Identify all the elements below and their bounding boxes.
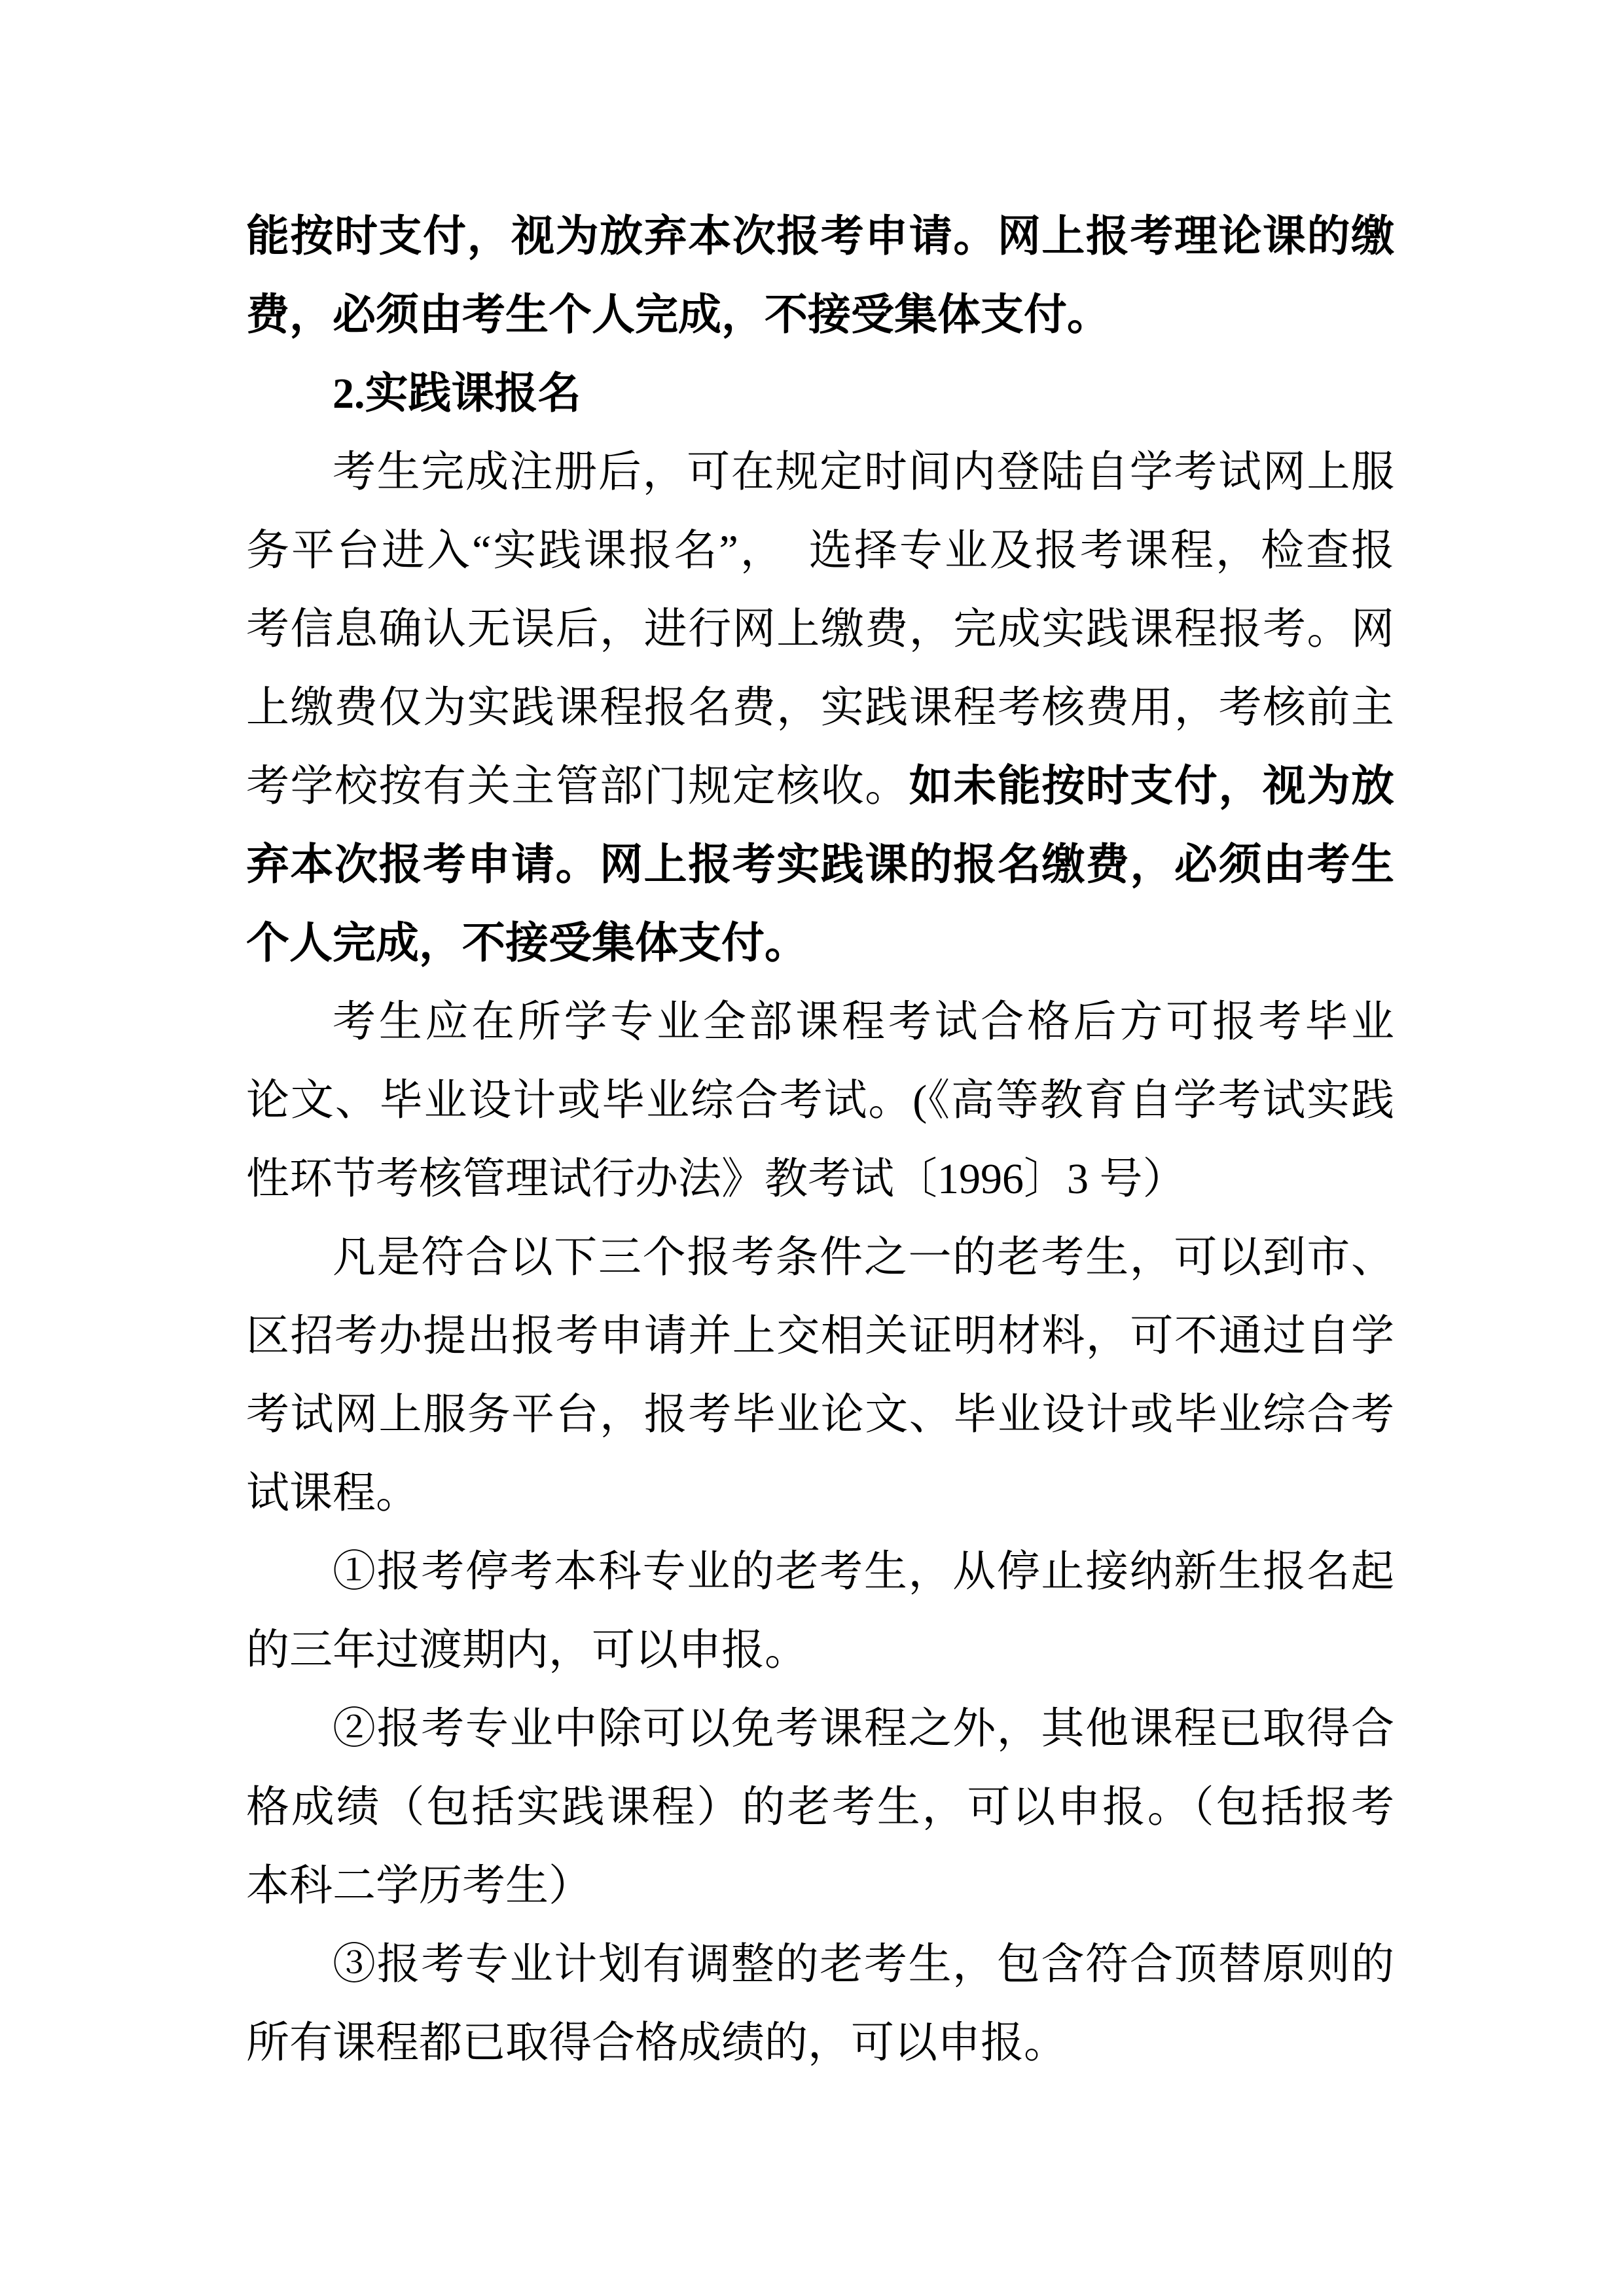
text-line: 论文、毕业设计或毕业综合考试。(《高等教育自学考试实践 [246, 1062, 1394, 1140]
list-item-1: ①报考停考本科专业的老考生，从停止接纳新生报名起 [246, 1533, 1394, 1611]
text-line: 所有课程都已取得合格成绩的，可以申报。 [246, 2004, 1394, 2083]
text-line: 上缴费仅为实践课程报名费，实践课程考核费用，考核前主 [246, 669, 1394, 747]
section-heading: 2.实践课报名 [246, 355, 1394, 433]
text-line: 本科二学历考生） [246, 1847, 1394, 1926]
text-line: 考生完成注册后，可在规定时间内登陆自学考试网上服 [246, 433, 1394, 512]
list-item-3: ③报考专业计划有调整的老考生，包含符合顶替原则的 [246, 1926, 1394, 2004]
text-line: 试课程。 [246, 1454, 1394, 1533]
text-line: 凡是符合以下三个报考条件之一的老考生，可以到市、 [246, 1219, 1394, 1297]
text-line: 能按时支付，视为放弃本次报考申请。网上报考理论课的缴 [246, 198, 1394, 276]
text-line: 费，必须由考生个人完成，不接受集体支付。 [246, 276, 1394, 355]
text-line: 考学校按有关主管部门规定核收。如未能按时支付，视为放 [246, 747, 1394, 826]
list-item-2: ②报考专业中除可以免考课程之外，其他课程已取得合 [246, 1690, 1394, 1768]
text-run-bold: 如未能按时支付，视为放 [909, 762, 1394, 810]
text-line: 区招考办提出报考申请并上交相关证明材料，可不通过自学 [246, 1297, 1394, 1376]
document-page: 能按时支付，视为放弃本次报考申请。网上报考理论课的缴 费，必须由考生个人完成，不… [0, 0, 1624, 2296]
text-run-normal: 考学校按有关主管部门规定核收。 [246, 762, 909, 810]
text-line: 考生应在所学专业全部课程考试合格后方可报考毕业 [246, 983, 1394, 1062]
text-line: 务平台进入“实践课报名”， 选择专业及报考课程，检查报 [246, 512, 1394, 590]
text-line: 个人完成，不接受集体支付。 [246, 905, 1394, 983]
text-line: 的三年过渡期内，可以申报。 [246, 1611, 1394, 1690]
text-line: 考试网上服务平台，报考毕业论文、毕业设计或毕业综合考 [246, 1376, 1394, 1454]
document-body: 能按时支付，视为放弃本次报考申请。网上报考理论课的缴 费，必须由考生个人完成，不… [246, 198, 1394, 2083]
text-line: 性环节考核管理试行办法》教考试〔1996〕3 号） [246, 1140, 1394, 1219]
text-line: 格成绩（包括实践课程）的老考生，可以申报。（包括报考 [246, 1768, 1394, 1847]
text-line: 弃本次报考申请。网上报考实践课的报名缴费，必须由考生 [246, 826, 1394, 905]
text-line: 考信息确认无误后，进行网上缴费，完成实践课程报考。网 [246, 590, 1394, 669]
